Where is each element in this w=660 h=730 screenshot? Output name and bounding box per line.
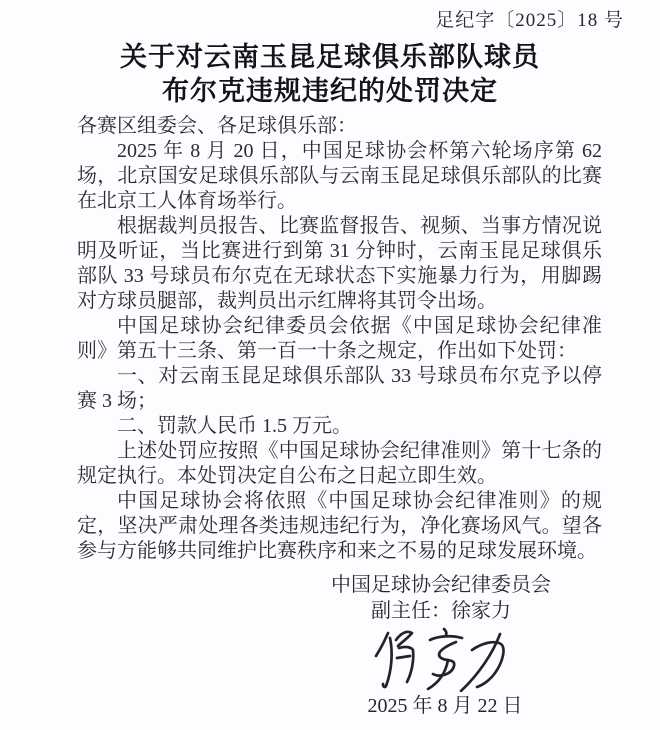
paragraph-incident-description: 根据裁判员报告、比赛监督报告、视频、当事方情况说明及听证，当比赛进行到第 31 … [77, 214, 602, 314]
document-date: 2025 年 8 月 22 日 [334, 694, 556, 719]
signoff-block: 中国足球协会纪律委员会 副主任：徐家力 [330, 572, 552, 624]
signer-title: 副主任：徐家力 [330, 598, 552, 624]
official-document-page: 足纪字〔2025〕18 号 关于对云南玉昆足球俱乐部队球员 布尔克违规违纪的处罚… [0, 0, 660, 730]
paragraph-penalty-suspension: 一、对云南玉昆足球俱乐部队 33 号球员布尔克予以停赛 3 场； [77, 364, 602, 414]
salutation: 各赛区组委会、各足球俱乐部： [77, 114, 602, 139]
document-title-line-1: 关于对云南玉昆足球俱乐部队球员 [0, 40, 660, 74]
paragraph-ruling-basis: 中国足球协会纪律委员会依据《中国足球协会纪律准则》第五十三条、第一百一十条之规定… [77, 314, 602, 364]
document-number: 足纪字〔2025〕18 号 [0, 8, 660, 34]
handwritten-signature [372, 626, 514, 692]
document-title: 关于对云南玉昆足球俱乐部队球员 布尔克违规违纪的处罚决定 [0, 40, 660, 108]
paragraph-effective-date: 上述处罚应按照《中国足球协会纪律准则》第十七条的规定执行。本处罚决定自公布之日起… [77, 439, 602, 489]
paragraph-penalty-fine: 二、罚款人民币 1.5 万元。 [77, 414, 602, 439]
paragraph-closing-statement: 中国足球协会将依照《中国足球协会纪律准则》的规定，坚决严肃处理各类违规违纪行为，… [77, 489, 602, 564]
paragraph-match-info: 2025 年 8 月 20 日，中国足球协会杯第六轮场序第 62 场，北京国安足… [77, 139, 602, 214]
signature-ink-icon [372, 626, 514, 692]
document-title-line-2: 布尔克违规违纪的处罚决定 [0, 74, 660, 108]
document-body: 各赛区组委会、各足球俱乐部： 2025 年 8 月 20 日，中国足球协会杯第六… [77, 114, 602, 564]
issuing-organization: 中国足球协会纪律委员会 [330, 572, 552, 598]
